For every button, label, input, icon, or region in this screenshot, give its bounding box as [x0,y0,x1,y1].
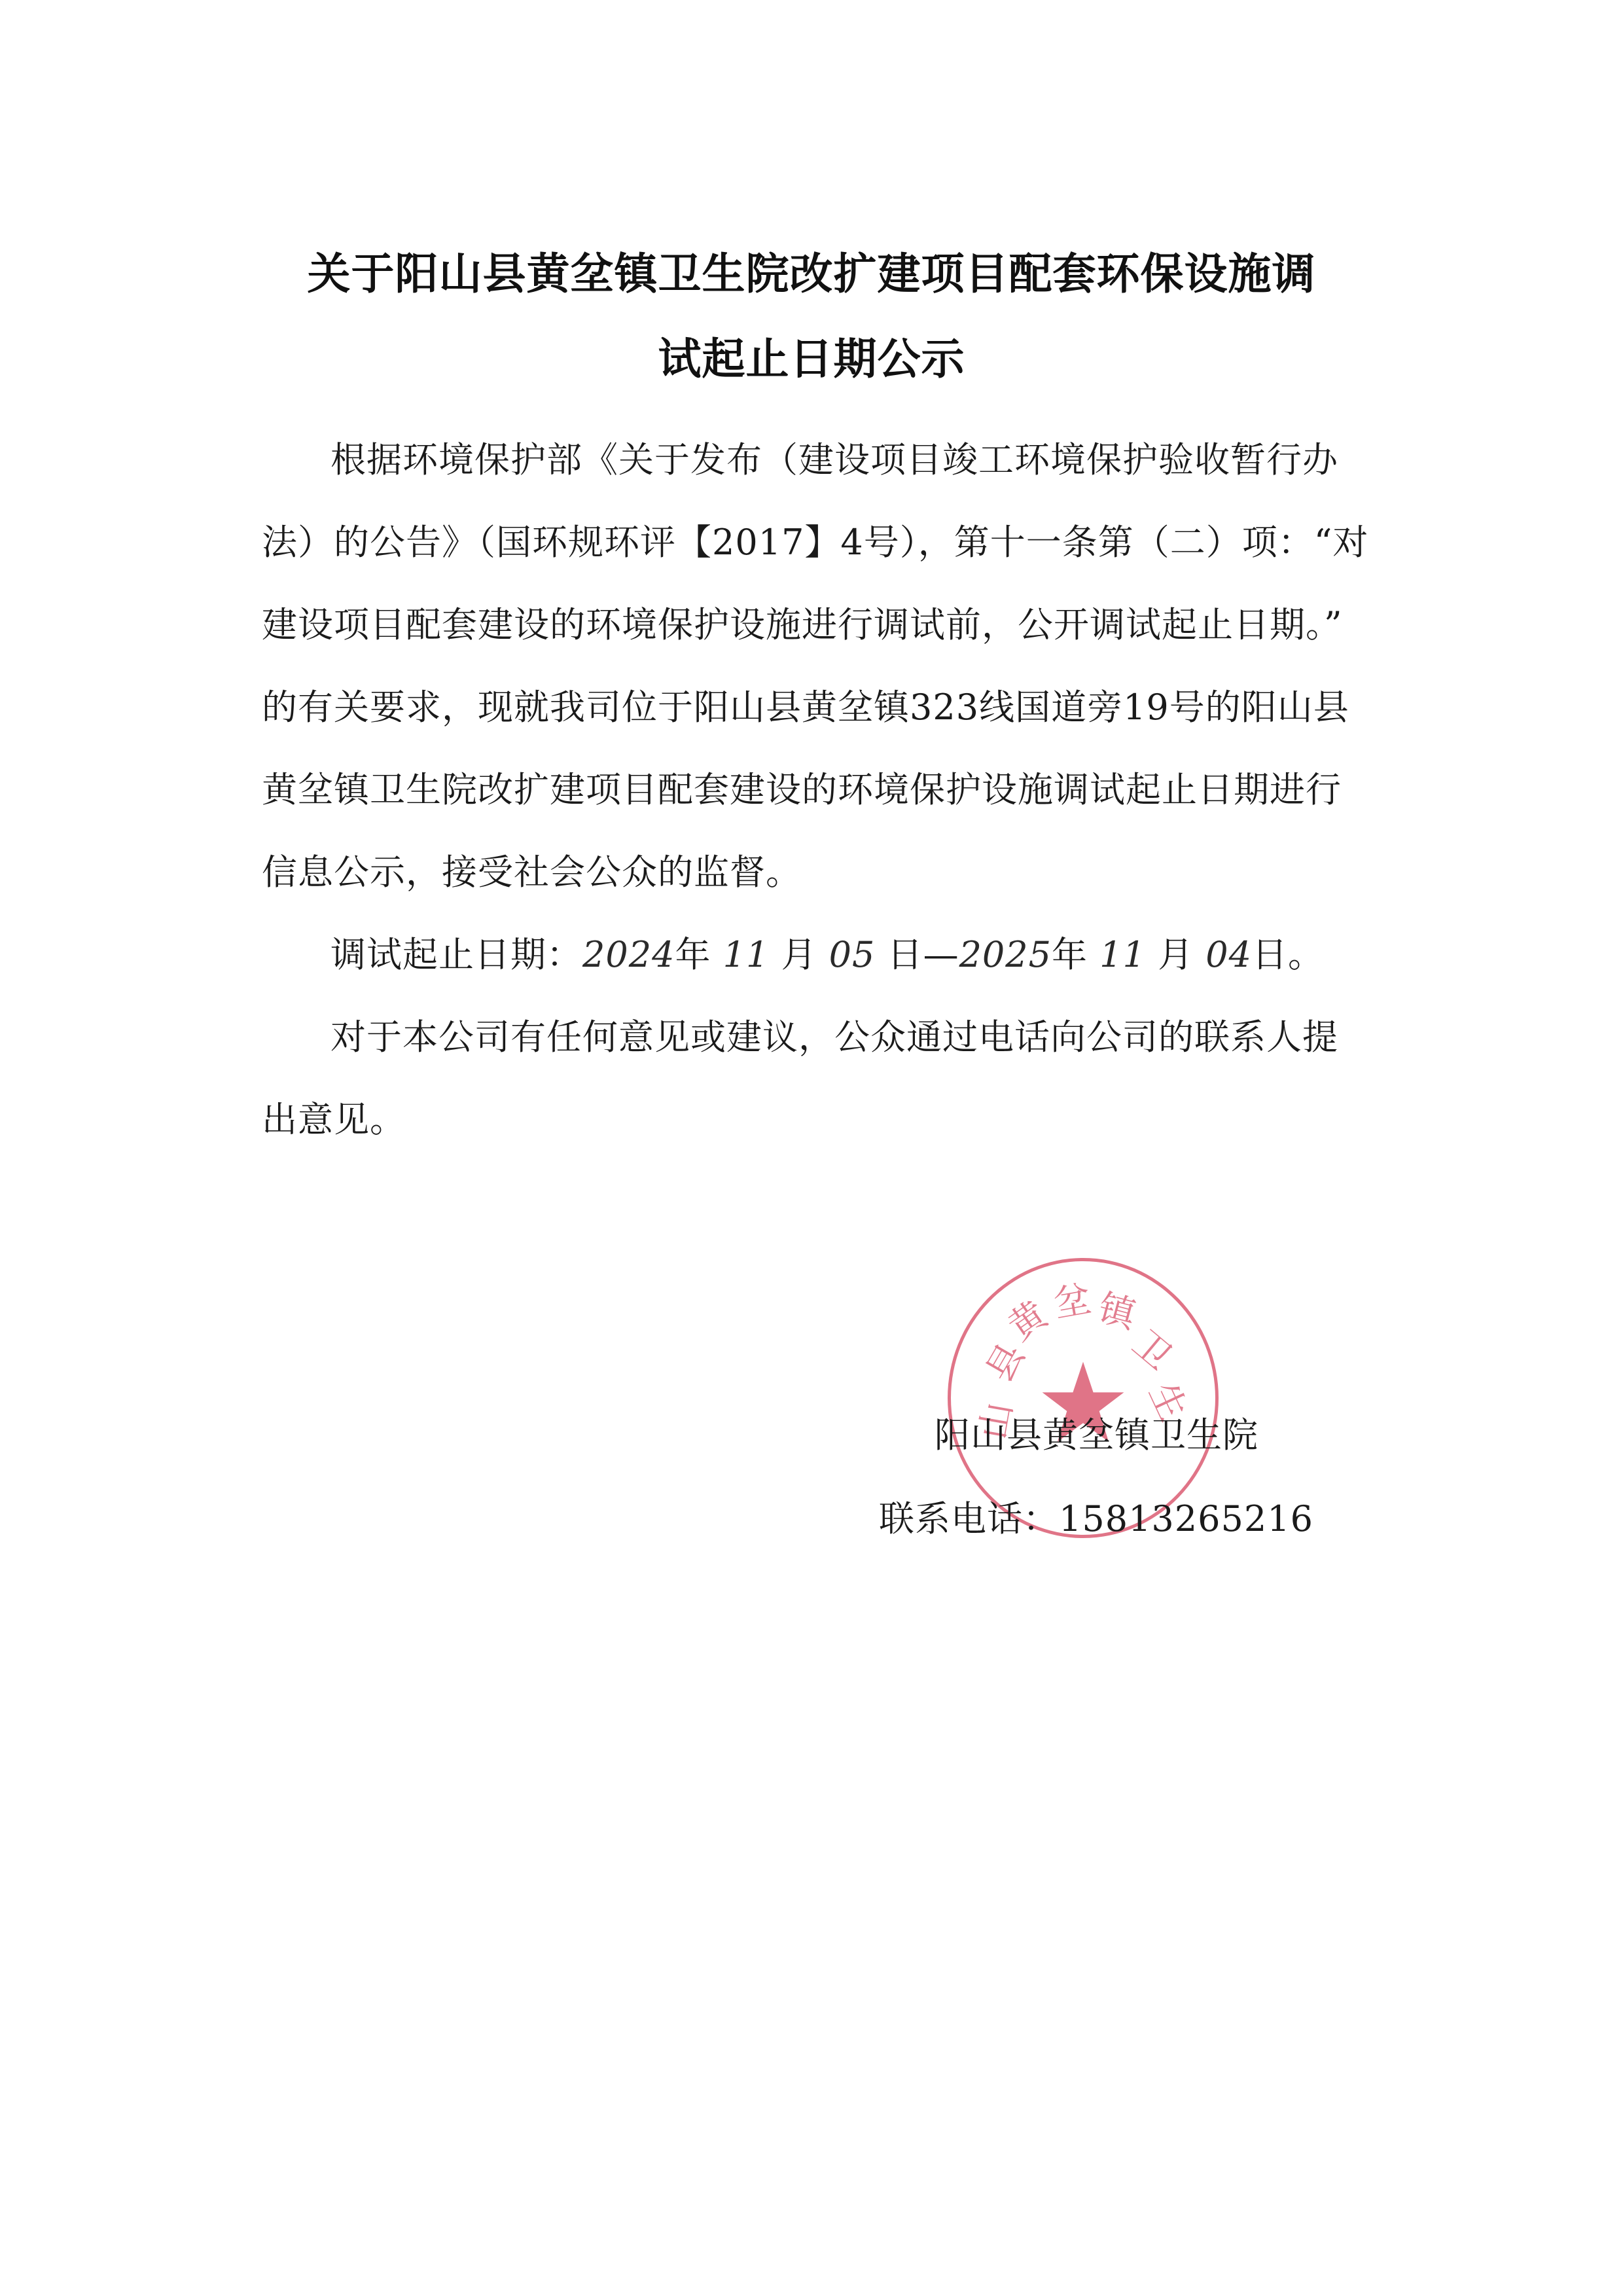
title-line-2: 试起止日期公示 [249,324,1374,386]
body-line: 的有关要求，现就我司位于阳山县黄坌镇323线国道旁19号的阳山县 [262,679,1349,730]
date-label: 调试起止日期： [330,934,582,975]
year-char: 年 [675,934,711,975]
month-char: 月 [1158,934,1194,975]
body-line: 法）的公告》（国环规环评【2017】4号），第十一条第（二）项：“对 [262,514,1368,565]
start-day-handwritten: 05 [829,934,876,975]
body-line: 根据环境保护部《关于发布（建设项目竣工环境保护验收暂行办 [330,432,1338,482]
end-month-handwritten: 11 [1099,934,1146,975]
month-char: 月 [781,934,817,975]
body-line: 信息公示，接受社会公众的监督。 [262,844,802,895]
date-dash: — [923,934,959,975]
year-char: 年 [1052,934,1088,975]
phone-label: 联系电话： [879,1498,1059,1539]
title-line-1: 关于阳山县黄坌镇卫生院改扩建项目配套环保设施调 [249,239,1374,301]
end-day-handwritten: 04 [1205,934,1252,975]
start-year-handwritten: 2024 [582,934,675,975]
start-month-handwritten: 11 [723,934,770,975]
body-line: 对于本公司有任何意见或建议，公众通过电话向公司的联系人提 [330,1009,1338,1060]
date-range-line: 调试起止日期：2024年 11 月 05 日—2025年 11 月 04日。 [330,927,1324,977]
day-char: 日 [887,934,923,975]
end-suffix: 日。 [1252,934,1324,975]
end-year-handwritten: 2025 [959,934,1052,975]
body-line: 出意见。 [262,1092,406,1142]
organization-name: 阳山县黄坌镇卫生院 [935,1407,1258,1458]
body-line: 黄坌镇卫生院改扩建项目配套建设的环境保护设施调试起止日期进行 [262,762,1342,812]
phone-number: 15813265216 [1059,1498,1313,1539]
contact-phone: 联系电话：15813265216 [879,1491,1313,1541]
body-line: 建设项目配套建设的环境保护设施进行调试前，公开调试起止日期。” [262,597,1343,647]
